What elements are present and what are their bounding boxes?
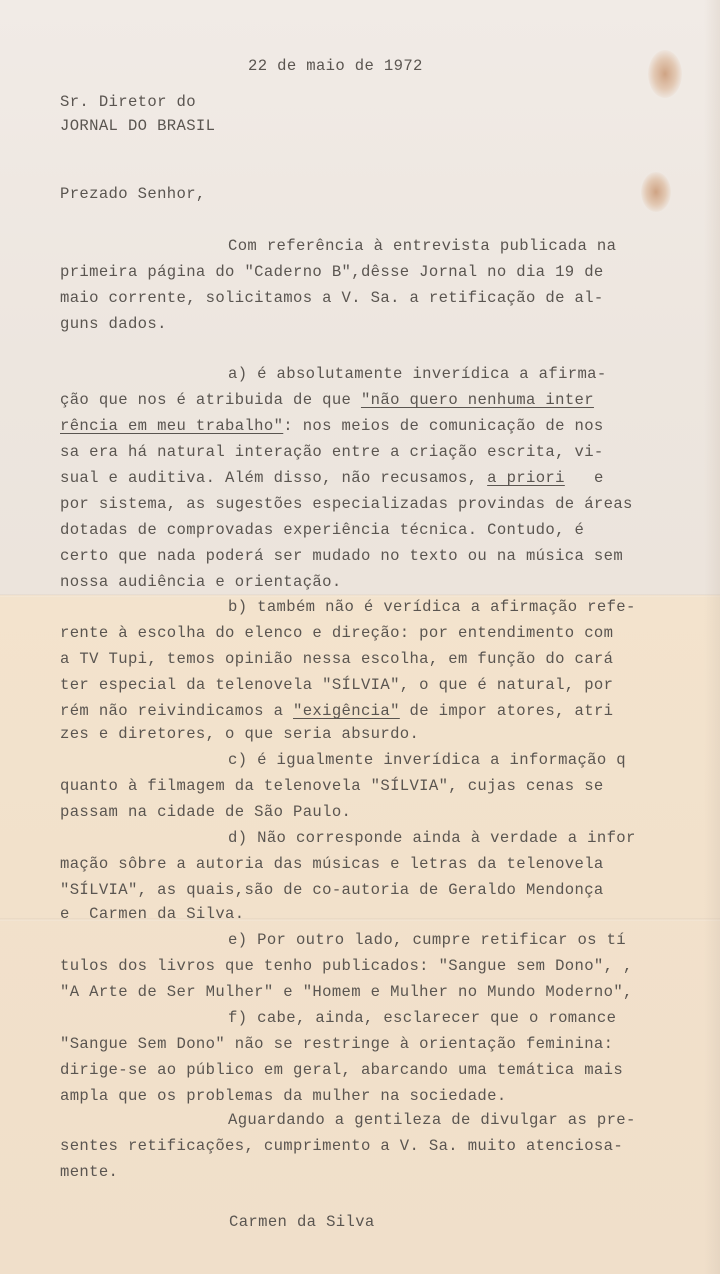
- paragraph-line: guns dados.: [60, 315, 167, 333]
- underlined-term: "exigência": [293, 702, 400, 720]
- text-segment: rém não reivindicamos a: [60, 702, 293, 720]
- letter-date: 22 de maio de 1972: [248, 57, 423, 75]
- stain-mark: [641, 172, 671, 212]
- item-e-line: "A Arte de Ser Mulher" e "Homem e Mulher…: [60, 983, 633, 1001]
- closing-line: mente.: [60, 1163, 118, 1181]
- item-b-line: b) também não é verídica a afirmação ref…: [228, 598, 636, 616]
- closing-line: sentes retificações, cumprimento a V. Sa…: [60, 1137, 623, 1155]
- recipient-line: JORNAL DO BRASIL: [60, 117, 215, 135]
- stain-mark: [648, 50, 682, 98]
- item-d-line: d) Não corresponde ainda à verdade a inf…: [228, 829, 636, 847]
- paper-fold: [0, 594, 720, 597]
- item-f-line: dirige-se ao público em geral, abarcando…: [60, 1061, 623, 1079]
- item-a-line: rência em meu trabalho": nos meios de co…: [60, 417, 604, 435]
- item-a-line: sa era há natural interação entre a cria…: [60, 443, 604, 461]
- item-b-line: zes e diretores, o que seria absurdo.: [60, 725, 419, 743]
- paragraph-line: Com referência à entrevista publicada na: [228, 237, 616, 255]
- paragraph-line: primeira página do "Caderno B",dêsse Jor…: [60, 263, 604, 281]
- item-c-line: quanto à filmagem da telenovela "SÍLVIA"…: [60, 777, 604, 795]
- item-c-line: passam na cidade de São Paulo.: [60, 803, 351, 821]
- text-segment: e: [565, 469, 604, 487]
- underlined-quote: "não quero nenhuma inter: [361, 391, 594, 409]
- item-d-line: mação sôbre a autoria das músicas e letr…: [60, 855, 604, 873]
- item-a-line: por sistema, as sugestões especializadas…: [60, 495, 633, 513]
- salutation: Prezado Senhor,: [60, 185, 206, 203]
- signature: Carmen da Silva: [229, 1213, 375, 1231]
- recipient-line: Sr. Diretor do: [60, 93, 196, 111]
- item-d-line: e Carmen da Silva.: [60, 905, 244, 923]
- item-e-line: e) Por outro lado, cumpre retificar os t…: [228, 931, 626, 949]
- item-e-line: tulos dos livros que tenho publicados: "…: [60, 957, 633, 975]
- item-a-line: nossa audiência e orientação.: [60, 573, 342, 591]
- item-f-line: ampla que os problemas da mulher na soci…: [60, 1087, 507, 1105]
- item-d-line: "SÍLVIA", as quais,são de co-autoria de …: [60, 881, 604, 899]
- text-segment: : nos meios de comunicação de nos: [283, 417, 603, 435]
- item-a-line: dotadas de comprovadas experiência técni…: [60, 521, 584, 539]
- item-b-line: rente à escolha do elenco e direção: por…: [60, 624, 613, 642]
- item-a-line: sual e auditiva. Além disso, não recusam…: [60, 469, 604, 487]
- paragraph-line: maio corrente, solicitamos a V. Sa. a re…: [60, 289, 604, 307]
- item-a-line: certo que nada poderá ser mudado no text…: [60, 547, 623, 565]
- item-a-line: ção que nos é atribuida de que "não quer…: [60, 391, 594, 409]
- text-segment: de impor atores, atri: [400, 702, 614, 720]
- underlined-term: a priori: [487, 469, 565, 487]
- item-b-line: rém não reivindicamos a "exigência" de i…: [60, 702, 613, 720]
- item-a-line: a) é absolutamente inverídica a afirma-: [228, 365, 607, 383]
- item-c-line: c) é igualmente inverídica a informação …: [228, 751, 626, 769]
- closing-line: Aguardando a gentileza de divulgar as pr…: [228, 1111, 636, 1129]
- text-segment: ção que nos é atribuida de que: [60, 391, 361, 409]
- underlined-quote: rência em meu trabalho": [60, 417, 283, 435]
- item-f-line: f) cabe, ainda, esclarecer que o romance: [228, 1009, 616, 1027]
- text-segment: sual e auditiva. Além disso, não recusam…: [60, 469, 487, 487]
- item-b-line: a TV Tupi, temos opinião nessa escolha, …: [60, 650, 613, 668]
- paper-edge-shadow: [704, 0, 720, 1274]
- item-f-line: "Sangue Sem Dono" não se restringe à ori…: [60, 1035, 613, 1053]
- item-b-line: ter especial da telenovela "SÍLVIA", o q…: [60, 676, 613, 694]
